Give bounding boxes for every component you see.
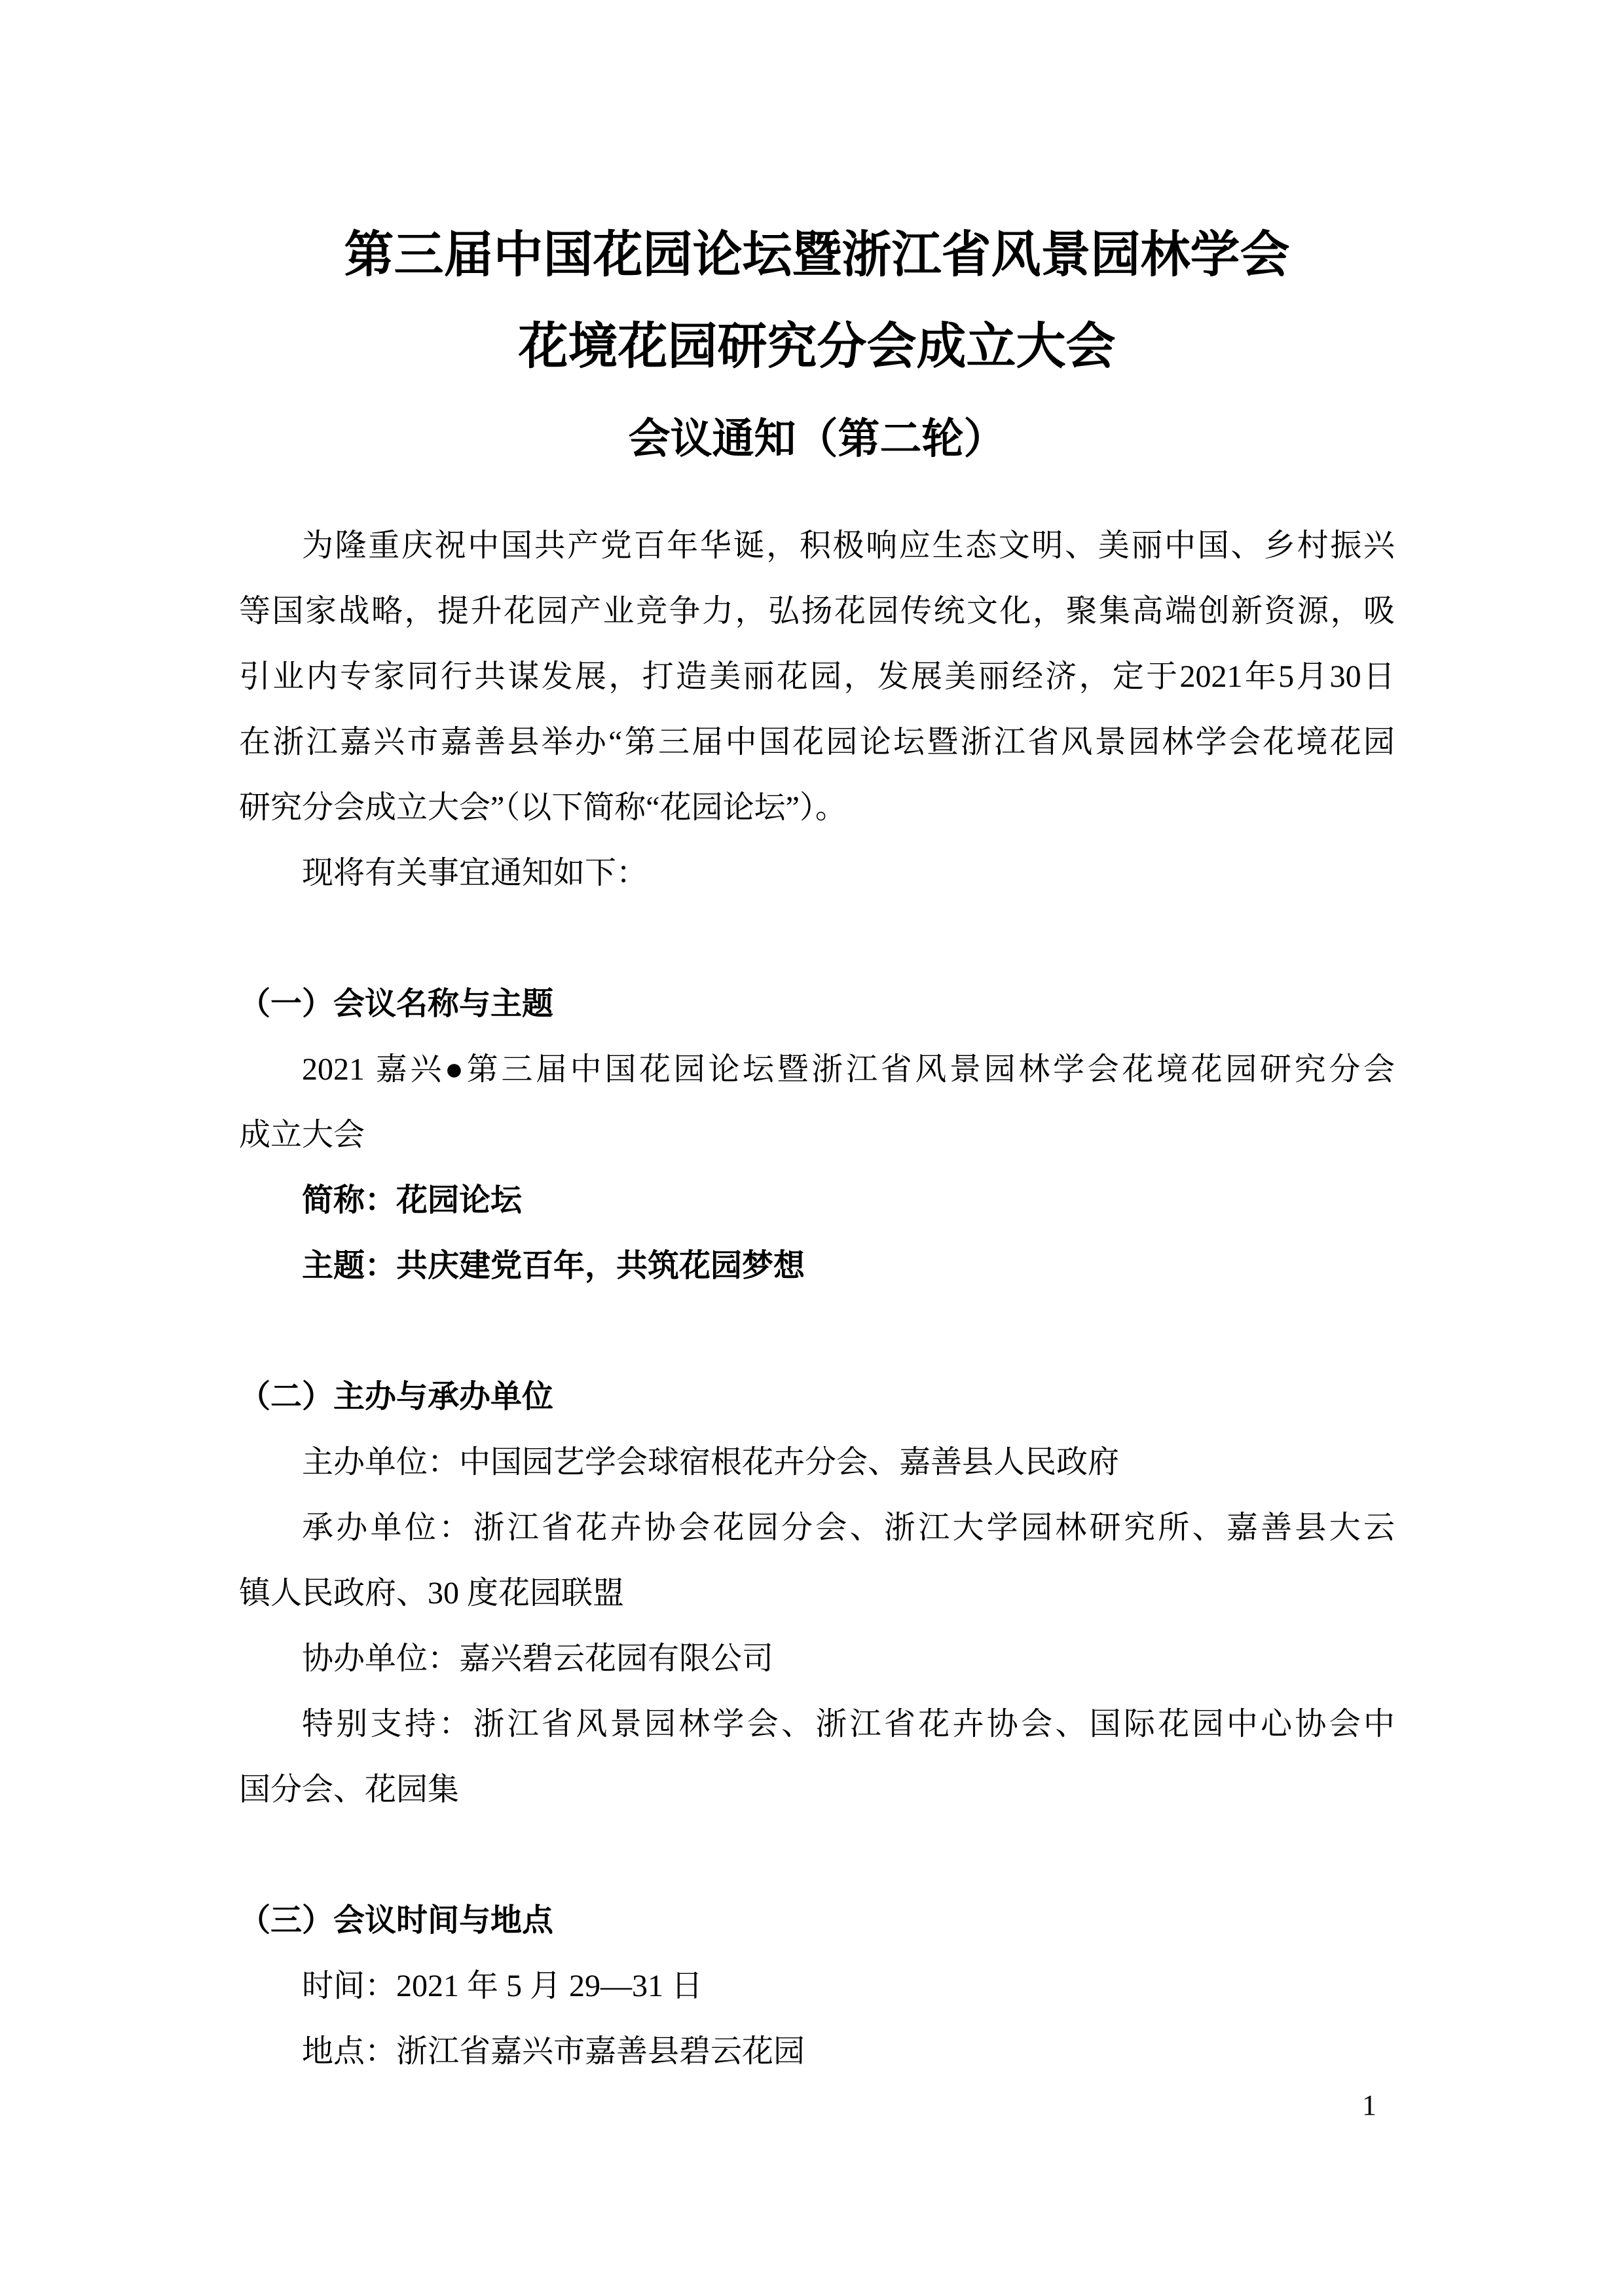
section2-host-unit: 主办单位：中国园艺学会球宿根花卉分会、嘉善县人民政府 xyxy=(239,1430,1395,1495)
section2-heading: （二）主办与承办单位 xyxy=(239,1364,1395,1430)
intro-paragraph-line-3: 引业内专家同行共谋发展，打造美丽花园，发展美丽经济，定于2021年5月30日 xyxy=(239,644,1395,710)
section2-organizer-line-2: 镇人民政府、30 度花园联盟 xyxy=(239,1561,1395,1626)
intro-paragraph-line-4: 在浙江嘉兴市嘉善县举办“第三届中国花园论坛暨浙江省风景园林学会花境花园 xyxy=(239,710,1395,775)
title-line-1: 第三届中国花园论坛暨浙江省风景园林学会 xyxy=(239,210,1395,301)
document-body: 为隆重庆祝中国共产党百年华诞，积极响应生态文明、美丽中国、乡村振兴 等国家战略，… xyxy=(239,513,1395,2085)
section3-venue: 地点：浙江省嘉兴市嘉善县碧云花园 xyxy=(239,2019,1395,2085)
section1-conference-name-line-2: 成立大会 xyxy=(239,1102,1395,1168)
section3-heading: （三）会议时间与地点 xyxy=(239,1888,1395,1954)
section3-time: 时间：2021 年 5 月 29—31 日 xyxy=(239,1954,1395,2019)
section2-organizer-line-1: 承办单位：浙江省花卉协会花园分会、浙江大学园林研究所、嘉善县大云 xyxy=(239,1495,1395,1561)
section1-abbreviation: 简称：花园论坛 xyxy=(239,1168,1395,1233)
title-line-2: 花境花园研究分会成立大会 xyxy=(239,301,1395,393)
intro-paragraph-line-1: 为隆重庆祝中国共产党百年华诞，积极响应生态文明、美丽中国、乡村振兴 xyxy=(239,513,1395,579)
section1-conference-name-line-1: 2021 嘉兴●第三届中国花园论坛暨浙江省风景园林学会花境花园研究分会 xyxy=(239,1037,1395,1102)
document-page: 第三届中国花园论坛暨浙江省风景园林学会 花境花园研究分会成立大会 会议通知（第二… xyxy=(0,0,1624,2296)
section1-theme: 主题：共庆建党百年，共筑花园梦想 xyxy=(239,1233,1395,1299)
intro-notice-line: 现将有关事宜通知如下： xyxy=(239,841,1395,906)
intro-paragraph-line-2: 等国家战略，提升花园产业竞争力，弘扬花园传统文化，聚集高端创新资源，吸 xyxy=(239,579,1395,644)
section2-special-support-line-1: 特别支持：浙江省风景园林学会、浙江省花卉协会、国际花园中心协会中 xyxy=(239,1692,1395,1757)
section2-co-organizer: 协办单位：嘉兴碧云花园有限公司 xyxy=(239,1626,1395,1692)
section1-heading: （一）会议名称与主题 xyxy=(239,972,1395,1037)
document-title-block: 第三届中国花园论坛暨浙江省风景园林学会 花境花园研究分会成立大会 会议通知（第二… xyxy=(239,210,1395,484)
section2-special-support-line-2: 国分会、花园集 xyxy=(239,1757,1395,1823)
title-line-3: 会议通知（第二轮） xyxy=(239,393,1395,484)
intro-paragraph-line-5: 研究分会成立大会”（以下简称“花园论坛”）。 xyxy=(239,775,1395,841)
page-number: 1 xyxy=(1362,2088,1376,2123)
